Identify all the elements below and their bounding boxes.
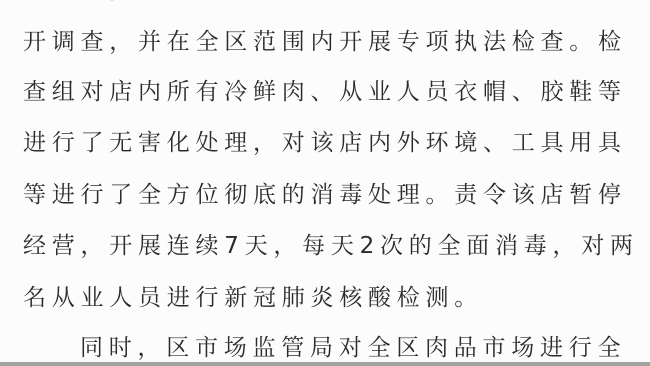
paragraph-line-7-indented: 同时，区市场监管局对全区肉品市场进行全 (80, 333, 626, 362)
paragraph-line-5: 经营，开展连续7天，每天2次的全面消毒，对两 (23, 231, 639, 261)
paragraph-line-3: 进行了无害化处理，对该店内外环境、工具用具 (23, 128, 627, 158)
document-page: 因所致，区市场监管局第一时间对该店展 开调查，并在全区范围内开展专项执法检查。检… (0, 0, 650, 362)
partial-text-line-top: 因所致，区市场监管局第一时间对该店展 (23, 0, 541, 4)
paragraph-line-2: 查组对店内所有冷鲜肉、从业人员衣帽、胶鞋等 (23, 77, 627, 107)
paragraph-line-6: 名从业人员进行新冠肺炎核酸检测。 (23, 283, 483, 313)
bottom-border-divider (0, 362, 650, 366)
paragraph-line-4: 等进行了全方位彻底的消毒处理。责令该店暂停 (23, 180, 627, 210)
paragraph-line-1: 开调查，并在全区范围内开展专项执法检查。检 (23, 27, 627, 57)
